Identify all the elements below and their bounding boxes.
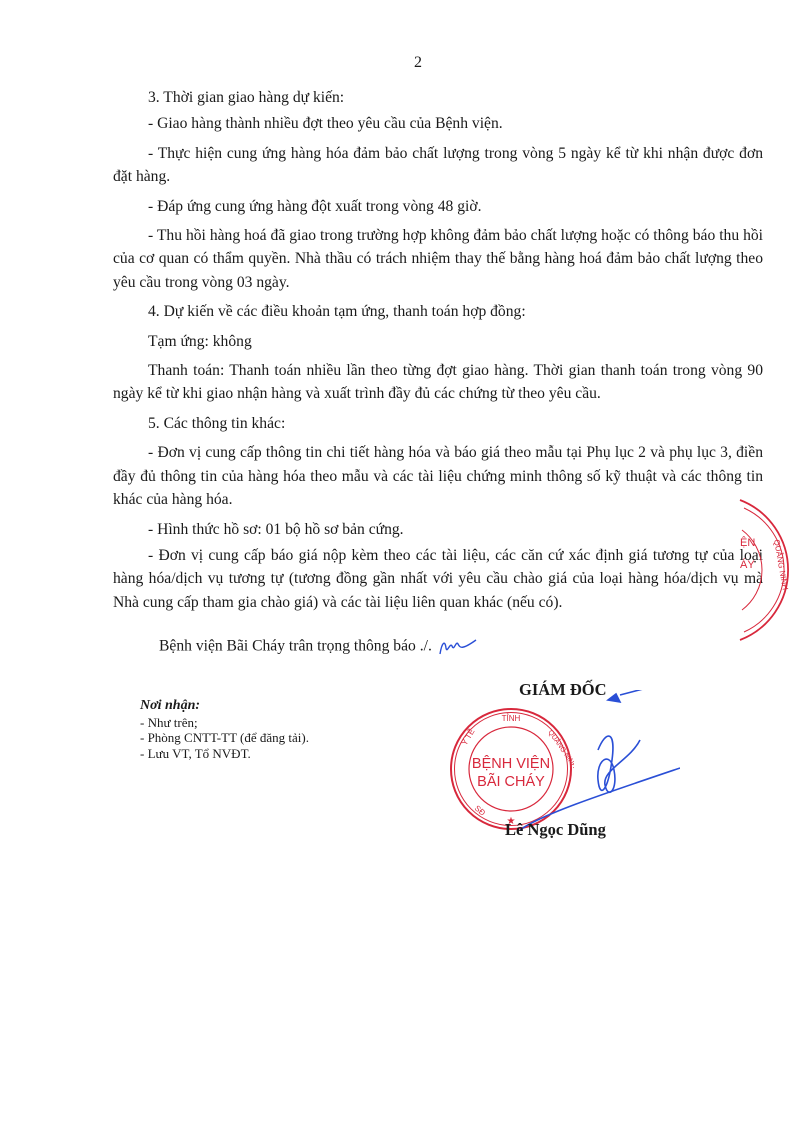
paragraph: 5. Các thông tin khác: [113, 412, 763, 435]
director-title: GIÁM ĐỐC [519, 680, 607, 700]
paragraph: Thanh toán: Thanh toán nhiều lần theo từ… [113, 359, 763, 406]
paragraph: 3. Thời gian giao hàng dự kiến: [113, 86, 763, 109]
initials-signature-icon [436, 636, 478, 658]
svg-text:BÃI CHÁY: BÃI CHÁY [477, 773, 545, 790]
recipient-item: - Phòng CNTT-TT (để đăng tải). [140, 730, 309, 746]
closing-text: Bệnh viện Bãi Cháy trân trọng thông báo … [159, 638, 432, 655]
svg-text:Y TẾ: Y TẾ [459, 727, 476, 747]
partial-stamp-icon: QUẢNG NINH ỆN ÁY [730, 490, 800, 650]
recipients-block: Nơi nhận: - Như trên; - Phòng CNTT-TT (đ… [140, 698, 309, 761]
document-body: 3. Thời gian giao hàng dự kiến:- Giao hà… [113, 86, 763, 620]
paragraph: Tạm ứng: không [113, 330, 763, 353]
page-number: 2 [0, 54, 800, 72]
paragraph: - Đơn vị cung cấp thông tin chi tiết hàn… [113, 441, 763, 511]
svg-text:TỈNH: TỈNH [502, 714, 521, 723]
paragraph: - Giao hàng thành nhiều đợt theo yêu cầu… [113, 112, 763, 135]
recipient-item: - Lưu VT, Tổ NVĐT. [140, 746, 309, 762]
svg-text:ÁY: ÁY [740, 558, 755, 571]
svg-text:BỆNH VIỆN: BỆNH VIỆN [472, 755, 550, 772]
official-stamp-icon: TỈNH Y TẾ QUẢNG NINH SĐ ★ BỆNH VIỆN BÃI … [448, 706, 574, 832]
recipients-title: Nơi nhận: [140, 698, 309, 714]
paragraph: - Thu hồi hàng hoá đã giao trong trường … [113, 224, 763, 294]
paragraph: - Hình thức hồ sơ: 01 bộ hồ sơ bản cứng. [113, 518, 763, 541]
paragraph: 4. Dự kiến về các điều khoản tạm ứng, th… [113, 300, 763, 323]
svg-text:ỆN: ỆN [740, 536, 755, 549]
paragraph: - Đáp ứng cung ứng hàng đột xuất trong v… [113, 195, 763, 218]
paragraph: - Thực hiện cung ứng hàng hóa đảm bảo ch… [113, 142, 763, 189]
recipient-item: - Như trên; [140, 715, 309, 731]
director-name: Lê Ngọc Dũng [505, 820, 606, 840]
paragraph: - Đơn vị cung cấp báo giá nộp kèm theo c… [113, 544, 763, 614]
closing-line: Bệnh viện Bãi Cháy trân trọng thông báo … [159, 636, 478, 658]
